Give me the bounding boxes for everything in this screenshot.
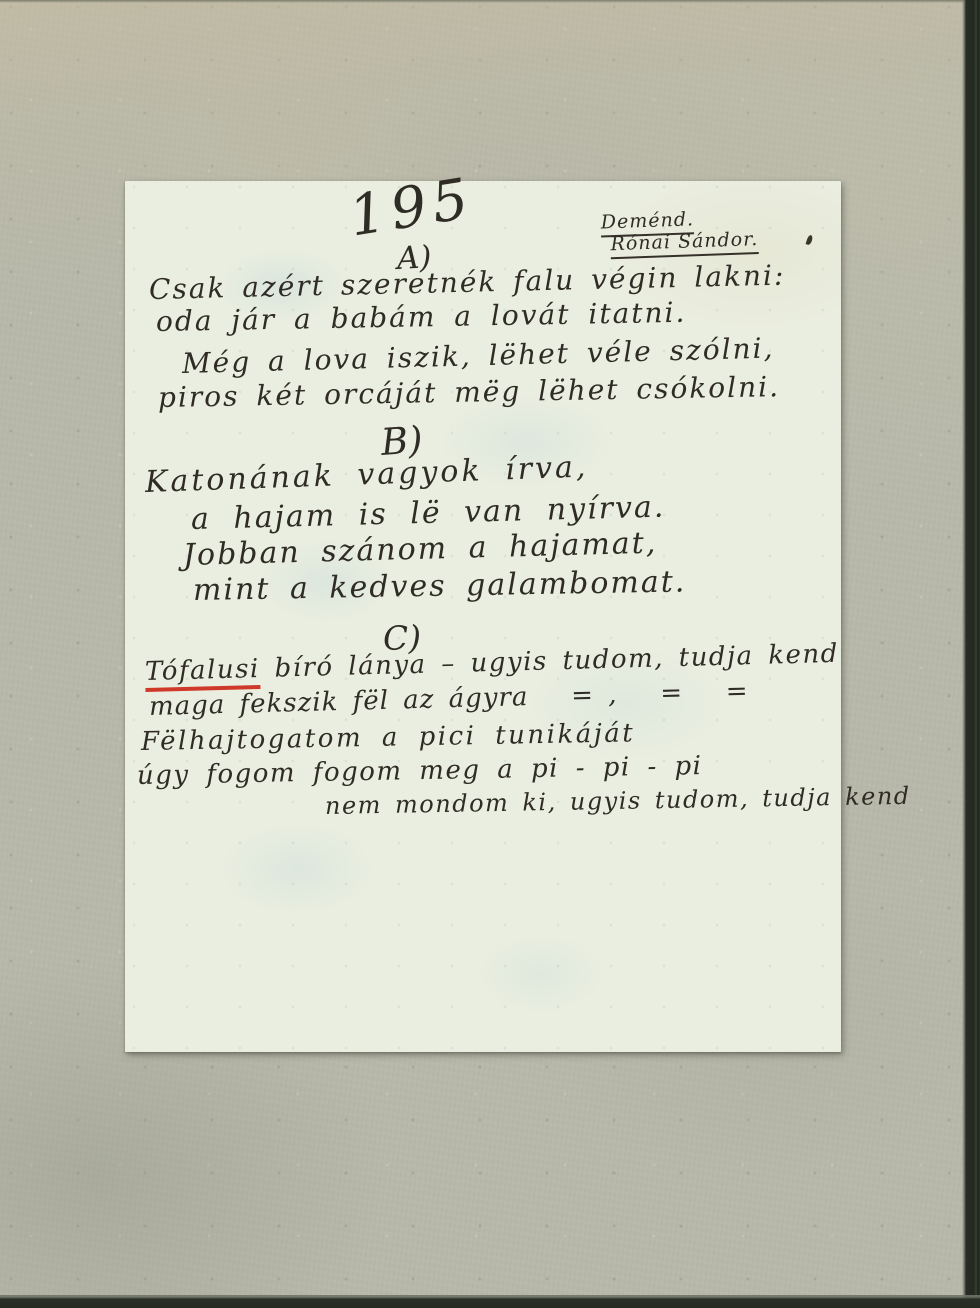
verse-line-c4: úgy fogom fogom meg a pi - pi - pi — [137, 751, 703, 791]
verse-line-b4: mint a kedves galambomat. — [193, 564, 687, 608]
underlined-word-tofalusi: Tófalusi — [145, 654, 261, 692]
album-page-scan: 195 Deménd. Rónai Sándor. A) Csak azért … — [0, 0, 980, 1308]
verse-line-c1-rest: bíró lánya – ugyis tudom, tudja kend — [259, 639, 839, 684]
album-edge-bottom — [0, 1295, 980, 1308]
album-edge-right — [962, 0, 980, 1308]
ink-mark — [806, 234, 814, 245]
verse-line-c3: Fëlhajtogatom a pici tunikáját — [141, 718, 636, 757]
verse-line-c5: nem mondom ki, ugyis tudom, tudja kend — [325, 782, 911, 820]
album-edge-top — [0, 0, 980, 3]
manuscript-sheet: 195 Deménd. Rónai Sándor. A) Csak azért … — [125, 181, 841, 1052]
header-name: Rónai Sándor. — [610, 228, 758, 259]
